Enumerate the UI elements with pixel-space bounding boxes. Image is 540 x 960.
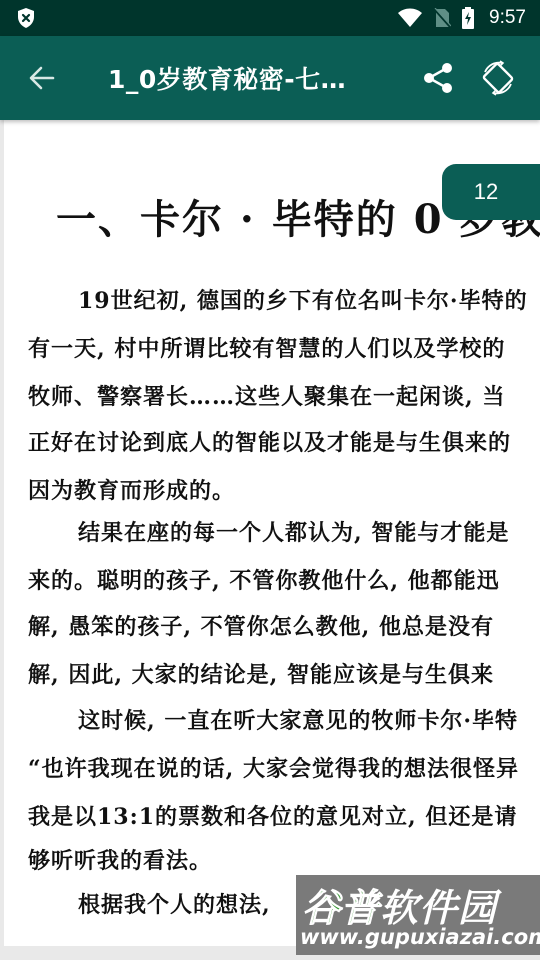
text-line: “也许我现在说的话, 大家会觉得我的想法很怪异 [28,752,519,783]
text-line: 我是以13:1的票数和各位的意见对立, 但还是请 [28,800,517,831]
wifi-icon [397,8,423,28]
shield-x-icon [16,7,36,29]
text-line: 解, 因此, 大家的结论是, 智能应该是与生俱来 [28,658,494,689]
arrow-left-icon [28,64,56,92]
text-line: 解, 愚笨的孩子, 不管你怎么教他, 他总是没有 [28,610,494,641]
text-line: 因为教育而形成的。 [28,474,235,505]
text-line: 根据我个人的想法, [78,888,271,919]
text-line: 这时候, 一直在听大家意见的牧师卡尔·毕特 [78,704,518,735]
rotate-screen-button[interactable] [468,36,528,120]
status-time: 9:57 [489,7,526,29]
pdf-page[interactable]: 一、卡尔 · 毕特的 0 岁教 19世纪初, 德国的乡下有位名叫卡尔·毕特的 有… [4,120,540,946]
screen-rotation-icon [480,60,516,96]
text-line: 牧师、警察署长……这些人聚集在一起闲谈, 当 [28,380,505,411]
text-line: 够听听我的看法。 [28,844,212,875]
text-line: 19世纪初, 德国的乡下有位名叫卡尔·毕特的 [78,284,528,315]
text-line: 有一天, 村中所谓比较有智慧的人们以及学校的 [28,332,505,363]
share-icon [423,62,453,94]
document-viewer[interactable]: 一、卡尔 · 毕特的 0 岁教 19世纪初, 德国的乡下有位名叫卡尔·毕特的 有… [0,120,540,960]
watermark-url: www.gupuxiazai.com [300,925,540,949]
watermark: 谷普软件园 www.gupuxiazai.com [296,875,540,955]
no-sim-icon [433,8,451,28]
text-line: 来的。聪明的孩子, 不管你教他什么, 他都能迅 [28,564,500,595]
text-line: 结果在座的每一个人都认为, 智能与才能是 [78,516,509,547]
page-number-badge: 12 [442,164,540,220]
status-bar: 9:57 [0,0,540,36]
back-button[interactable] [0,36,84,120]
watermark-logo: 谷普软件园 [302,877,497,932]
battery-charging-icon [461,7,475,29]
text-line: 正好在讨论到底人的智能以及才能是与生俱来的 [28,426,511,457]
document-title: 1_0岁教育秘密-七… [84,60,408,96]
share-button[interactable] [408,36,468,120]
app-bar: 1_0岁教育秘密-七… [0,36,540,120]
